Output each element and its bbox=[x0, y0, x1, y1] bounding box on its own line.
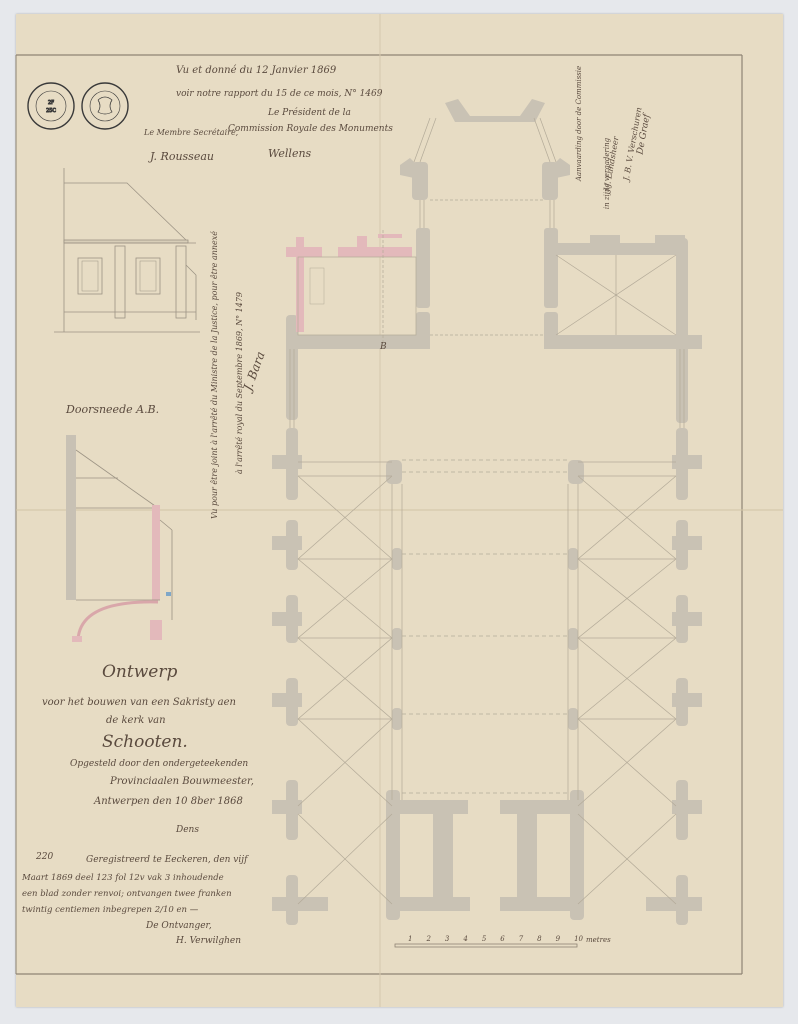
registration-signature: H. Verwilghen bbox=[176, 937, 241, 946]
tower-base bbox=[386, 790, 584, 920]
scale-unit: metres bbox=[586, 937, 611, 944]
title-line5: Antwerpen den 10 8ber 1868 bbox=[94, 797, 243, 807]
architectural-drawing: 2F 25C bbox=[0, 0, 798, 1024]
title-line2: de kerk van bbox=[106, 716, 166, 726]
scale-tick-7: 7 bbox=[519, 935, 523, 943]
scale-tick-4: 4 bbox=[463, 935, 467, 943]
side-elevation bbox=[54, 168, 200, 332]
approval-note-line1: Vu et donné du 12 Janvier 1869 bbox=[176, 66, 336, 76]
registration-line5: De Ontvanger, bbox=[146, 922, 212, 931]
title-line1: voor het bouwen van een Sakristy aen bbox=[42, 698, 236, 708]
scale-tick-5: 5 bbox=[482, 935, 486, 943]
approval-note-line2: voir notre rapport du 15 de ce mois, N° … bbox=[176, 90, 382, 99]
nave-piers-right bbox=[646, 428, 702, 925]
svg-text:25C: 25C bbox=[46, 108, 56, 114]
nave-columns bbox=[386, 460, 584, 730]
scale-tick-10: 10 bbox=[574, 935, 583, 943]
scale-tick-1: 1 bbox=[408, 935, 412, 943]
new-sacristy-walls bbox=[286, 234, 412, 332]
vertical-note-left-line2: à l'arrêté royal du Septembre 1869, N° 1… bbox=[236, 244, 244, 474]
registration-line1: Geregistreerd te Eeckeren, den vijf bbox=[86, 856, 247, 865]
scale-tick-8: 8 bbox=[537, 935, 541, 943]
scale-tick-6: 6 bbox=[500, 935, 504, 943]
tax-stamp: 2F 25C bbox=[28, 83, 74, 129]
secretary-signature: J. Rousseau bbox=[150, 151, 214, 162]
approval-note-line4: Commission Royale des Monuments bbox=[228, 125, 393, 134]
title-ontwerp: Ontwerp bbox=[102, 664, 177, 681]
registration-number: 220 bbox=[36, 853, 53, 862]
scale-tick-3: 3 bbox=[445, 935, 449, 943]
scale-tick-9: 9 bbox=[556, 935, 560, 943]
nave-piers-left bbox=[272, 428, 328, 925]
title-signature: Dens bbox=[176, 826, 199, 835]
section-marker-b: B bbox=[380, 343, 387, 352]
registration-line3: een blad zonder renvoi; ontvangen twee f… bbox=[22, 890, 232, 899]
registration-line4: twintig centiemen inbegrepen 2/10 en — bbox=[22, 906, 198, 915]
exemption-stamp bbox=[82, 83, 128, 129]
title-line4: Provinciaalen Bouwmeester, bbox=[110, 777, 254, 787]
approval-note-line3: Le Président de la bbox=[268, 109, 351, 118]
title-place: Schooten. bbox=[102, 734, 188, 751]
section-label: Doorsneede A.B. bbox=[66, 404, 159, 415]
floor-plan bbox=[272, 99, 702, 925]
svg-text:2F: 2F bbox=[48, 100, 54, 106]
vertical-note-left-line1: Vu pour être joint à l'arrêté du Ministr… bbox=[211, 189, 219, 519]
section-drawing bbox=[66, 435, 172, 642]
plan-outlines bbox=[290, 118, 684, 904]
registration-line2: Maart 1869 deel 123 fol 12v vak 3 inhoud… bbox=[22, 874, 224, 883]
scale-numbers: 1 2 3 4 5 6 7 8 9 10 bbox=[408, 935, 583, 943]
scale-tick-2: 2 bbox=[426, 935, 430, 943]
approval-signature: Wellens bbox=[268, 148, 311, 159]
vertical-note-right-line1: Aanvaarding door de Commissie bbox=[576, 66, 583, 181]
secretary-label: Le Membre Secrétaire, bbox=[144, 129, 238, 137]
scale-bar bbox=[395, 944, 577, 947]
title-line3: Opgesteld door den ondergeteekenden bbox=[70, 760, 248, 769]
